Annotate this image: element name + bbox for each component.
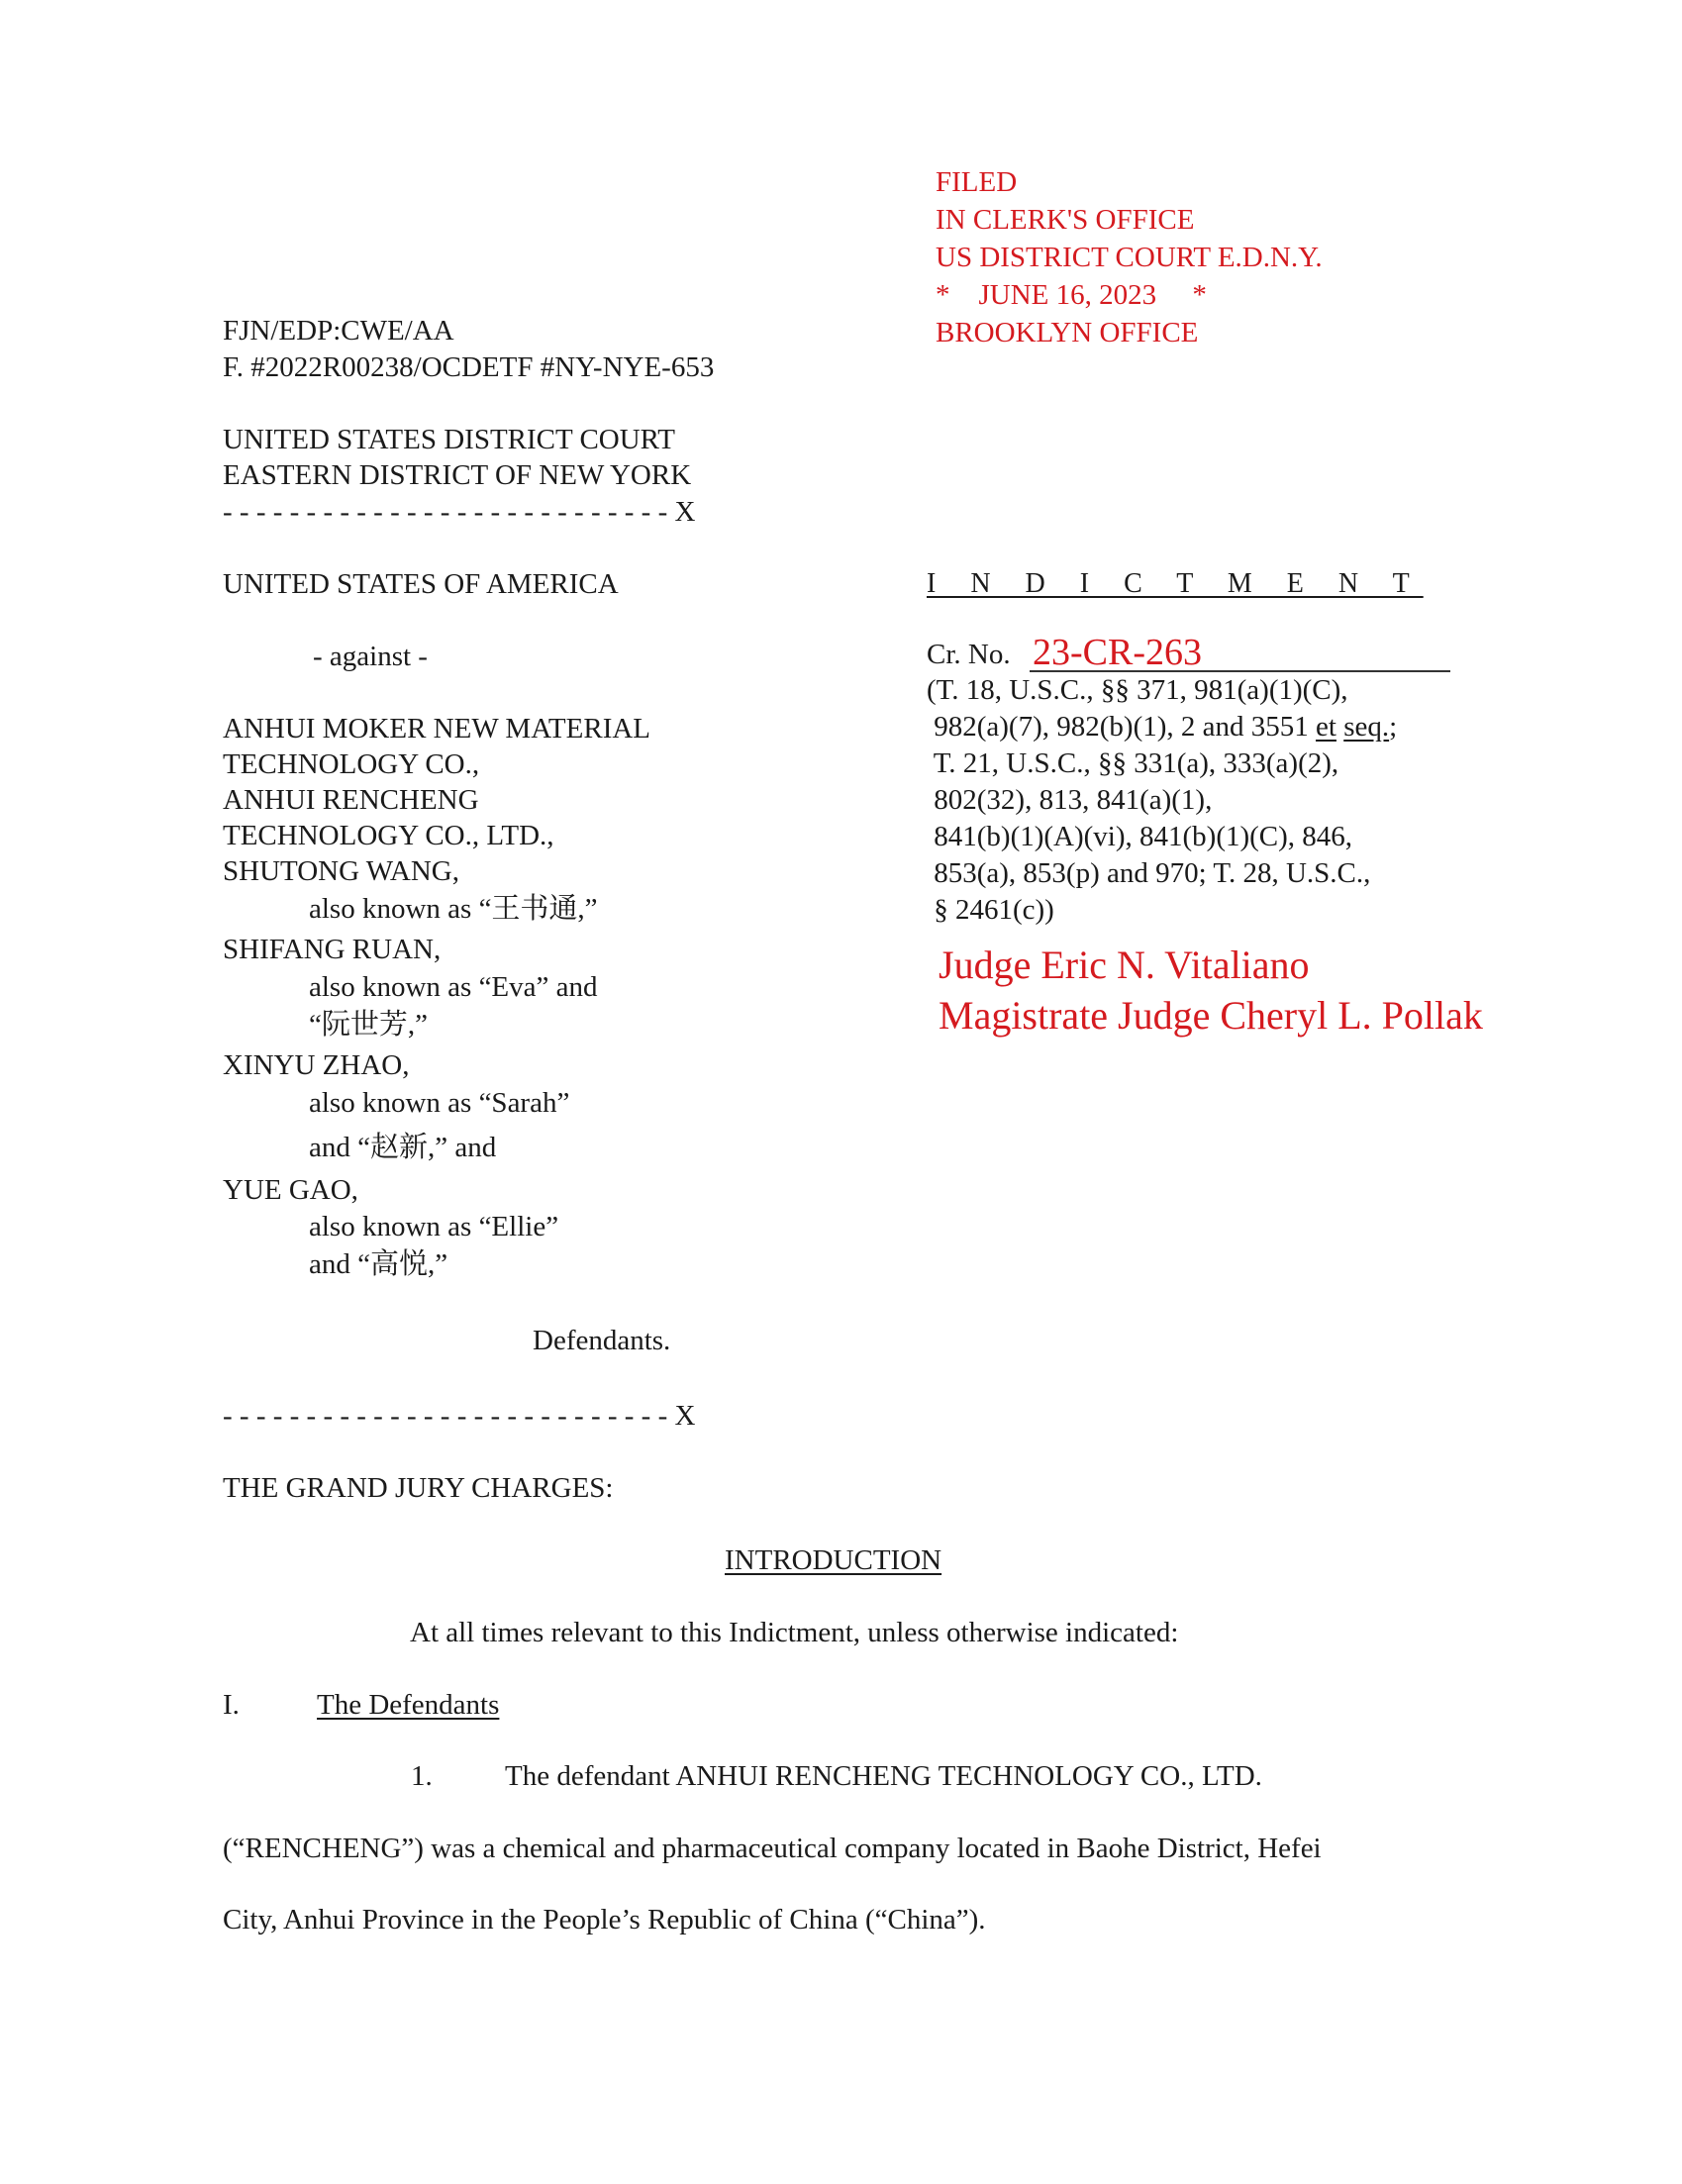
defendant-alias: “阮世芳,”	[309, 1011, 428, 1040]
defendant-name: TECHNOLOGY CO., LTD.,	[223, 822, 554, 850]
statute-text: 982(a)(7), 982(b)(1), 2 and 3551	[927, 711, 1316, 743]
case-number-underline	[1030, 670, 1450, 672]
defendant-alias: also known as “Sarah”	[309, 1089, 569, 1118]
defendants-label: Defendants.	[533, 1327, 670, 1355]
statute-tail: ;	[1389, 711, 1397, 743]
stamp-line: IN CLERK'S OFFICE	[936, 206, 1194, 235]
stamp-line: US DISTRICT COURT E.D.N.Y.	[936, 244, 1323, 272]
statute-line: (T. 18, U.S.C., §§ 371, 981(a)(1)(C),	[927, 676, 1348, 705]
grand-jury-charges: THE GRAND JURY CHARGES:	[223, 1474, 614, 1503]
assigned-magistrate-judge: Magistrate Judge Cheryl L. Pollak	[939, 996, 1483, 1036]
statute-line: 853(a), 853(p) and 970; T. 28, U.S.C.,	[927, 859, 1370, 888]
defendant-name: YUE GAO,	[223, 1176, 358, 1205]
section-heading: INTRODUCTION	[725, 1546, 941, 1575]
defendant-name: XINYU ZHAO,	[223, 1051, 409, 1080]
intro-line: At all times relevant to this Indictment…	[410, 1619, 1178, 1647]
court-name: UNITED STATES DISTRICT COURT	[223, 426, 675, 454]
stamp-date: * JUNE 16, 2023 *	[936, 281, 1207, 310]
defendant-name: SHUTONG WANG,	[223, 857, 459, 886]
defendant-name: ANHUI RENCHENG	[223, 786, 479, 815]
statute-seq: seq.	[1343, 711, 1389, 743]
stamp-line: FILED	[936, 168, 1017, 197]
assigned-judge: Judge Eric N. Vitaliano	[939, 945, 1310, 985]
paragraph-line: The defendant ANHUI RENCHENG TECHNOLOGY …	[505, 1762, 1262, 1791]
file-code: FJN/EDP:CWE/AA	[223, 317, 454, 346]
paragraph-line: City, Anhui Province in the People’s Rep…	[223, 1906, 986, 1935]
caption-separator-bottom: - - - - - - - - - - - - - - - - - - - - …	[223, 1402, 695, 1431]
plaintiff: UNITED STATES OF AMERICA	[223, 570, 619, 599]
case-number-value: 23-CR-263	[1033, 634, 1202, 671]
subsection-title: The Defendants	[317, 1691, 499, 1720]
paragraph-number: 1.	[411, 1762, 433, 1791]
defendant-name: TECHNOLOGY CO.,	[223, 750, 479, 779]
defendant-alias: also known as “王书通,”	[309, 895, 598, 924]
defendant-alias: also known as “Eva” and	[309, 973, 598, 1002]
defendant-alias: also known as “Ellie”	[309, 1213, 558, 1241]
statute-line: § 2461(c))	[927, 896, 1054, 925]
stamp-line: BROOKLYN OFFICE	[936, 319, 1198, 347]
file-number: F. #2022R00238/OCDETF #NY-NYE-653	[223, 353, 714, 382]
case-number-label: Cr. No.	[927, 641, 1011, 669]
paragraph-line: (“RENCHENG”) was a chemical and pharmace…	[223, 1835, 1322, 1863]
defendant-alias: and “赵新,” and	[309, 1134, 496, 1162]
defendant-alias: and “高悦,”	[309, 1250, 447, 1279]
subsection-number: I.	[223, 1691, 240, 1720]
caption-separator-top: - - - - - - - - - - - - - - - - - - - - …	[223, 498, 695, 527]
statute-line: 982(a)(7), 982(b)(1), 2 and 3551 et seq.…	[927, 713, 1397, 742]
statute-line: 802(32), 813, 841(a)(1),	[927, 786, 1212, 815]
versus-label: - against -	[313, 643, 428, 671]
statute-line: T. 21, U.S.C., §§ 331(a), 333(a)(2),	[927, 749, 1338, 778]
statute-line: 841(b)(1)(A)(vi), 841(b)(1)(C), 846,	[927, 823, 1352, 851]
defendant-name: ANHUI MOKER NEW MATERIAL	[223, 715, 650, 744]
court-district: EASTERN DISTRICT OF NEW YORK	[223, 461, 691, 490]
document-title: I N D I C T M E N T	[927, 570, 1424, 598]
defendant-name: SHIFANG RUAN,	[223, 936, 441, 964]
statute-et: et	[1316, 711, 1336, 743]
